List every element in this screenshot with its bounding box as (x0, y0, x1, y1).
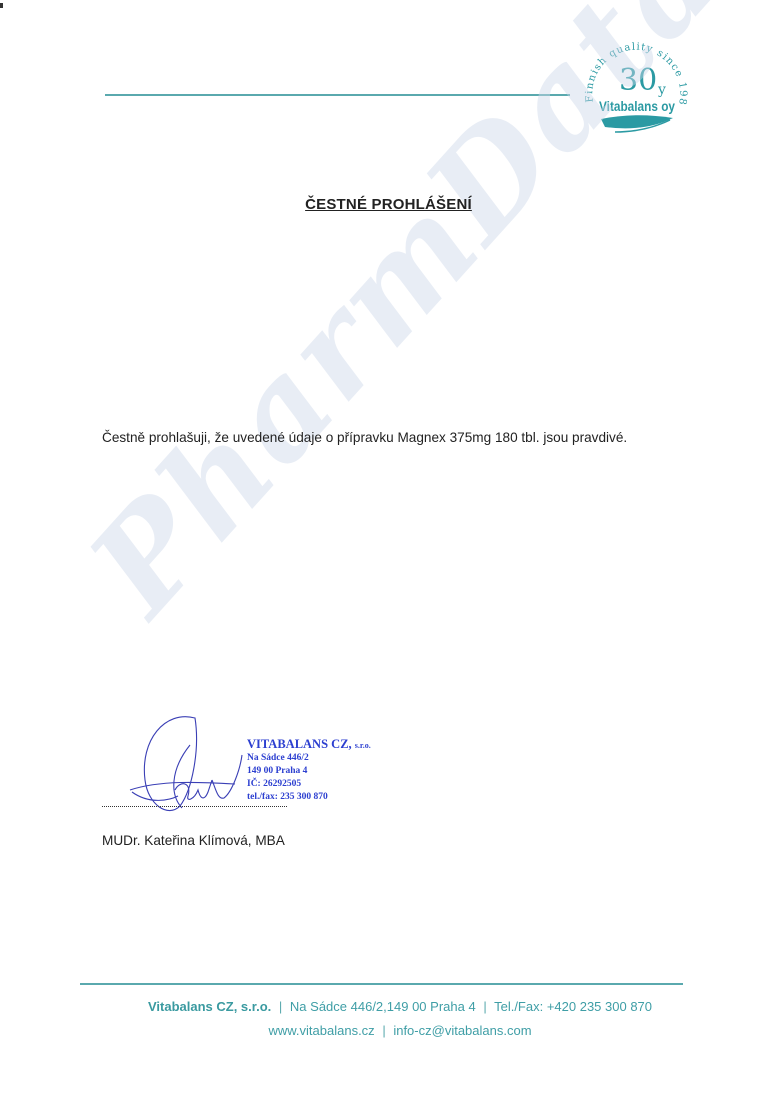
header-rule (105, 94, 570, 96)
footer-rule (80, 983, 683, 985)
footer-website-link[interactable]: www.vitabalans.cz (268, 1023, 374, 1038)
vitabalans-logo: Finnish quality since 1980 30 y Vitabala… (575, 32, 695, 147)
signature-line (102, 800, 287, 807)
footer-web-line: www.vitabalans.cz | info-cz@vitabalans.c… (0, 1023, 777, 1038)
stamp-ic: IČ: 26292505 (247, 778, 371, 791)
declaration-statement: Čestně prohlašuji, že uvedené údaje o př… (102, 430, 627, 445)
signer-name: MUDr. Kateřina Klímová, MBA (102, 833, 285, 848)
scan-mark (0, 3, 3, 8)
stamp-street: Na Sádce 446/2 (247, 752, 371, 765)
footer-email-link[interactable]: info-cz@vitabalans.com (393, 1023, 531, 1038)
document-page: Finnish quality since 1980 30 y Vitabala… (0, 0, 777, 1100)
wave-icon (601, 115, 673, 128)
footer-contact-line: Vitabalans CZ, s.r.o. | Na Sádce 446/2,1… (0, 999, 777, 1014)
stamp-city: 149 00 Praha 4 (247, 765, 371, 778)
document-title: ČESTNÉ PROHLÁŠENÍ (0, 196, 777, 213)
company-stamp: VITABALANS CZ, s.r.o. Na Sádce 446/2 149… (247, 738, 371, 804)
footer-company: Vitabalans CZ, s.r.o. (148, 999, 271, 1014)
logo-years: 30 (619, 63, 657, 98)
logo-brand: Vitabalans oy (599, 98, 675, 114)
stamp-company: VITABALANS CZ, s.r.o. (247, 738, 371, 752)
logo-years-suffix: y (657, 82, 666, 98)
footer-phone: Tel./Fax: +420 235 300 870 (494, 999, 652, 1014)
footer-address: Na Sádce 446/2,149 00 Praha 4 (290, 999, 476, 1014)
